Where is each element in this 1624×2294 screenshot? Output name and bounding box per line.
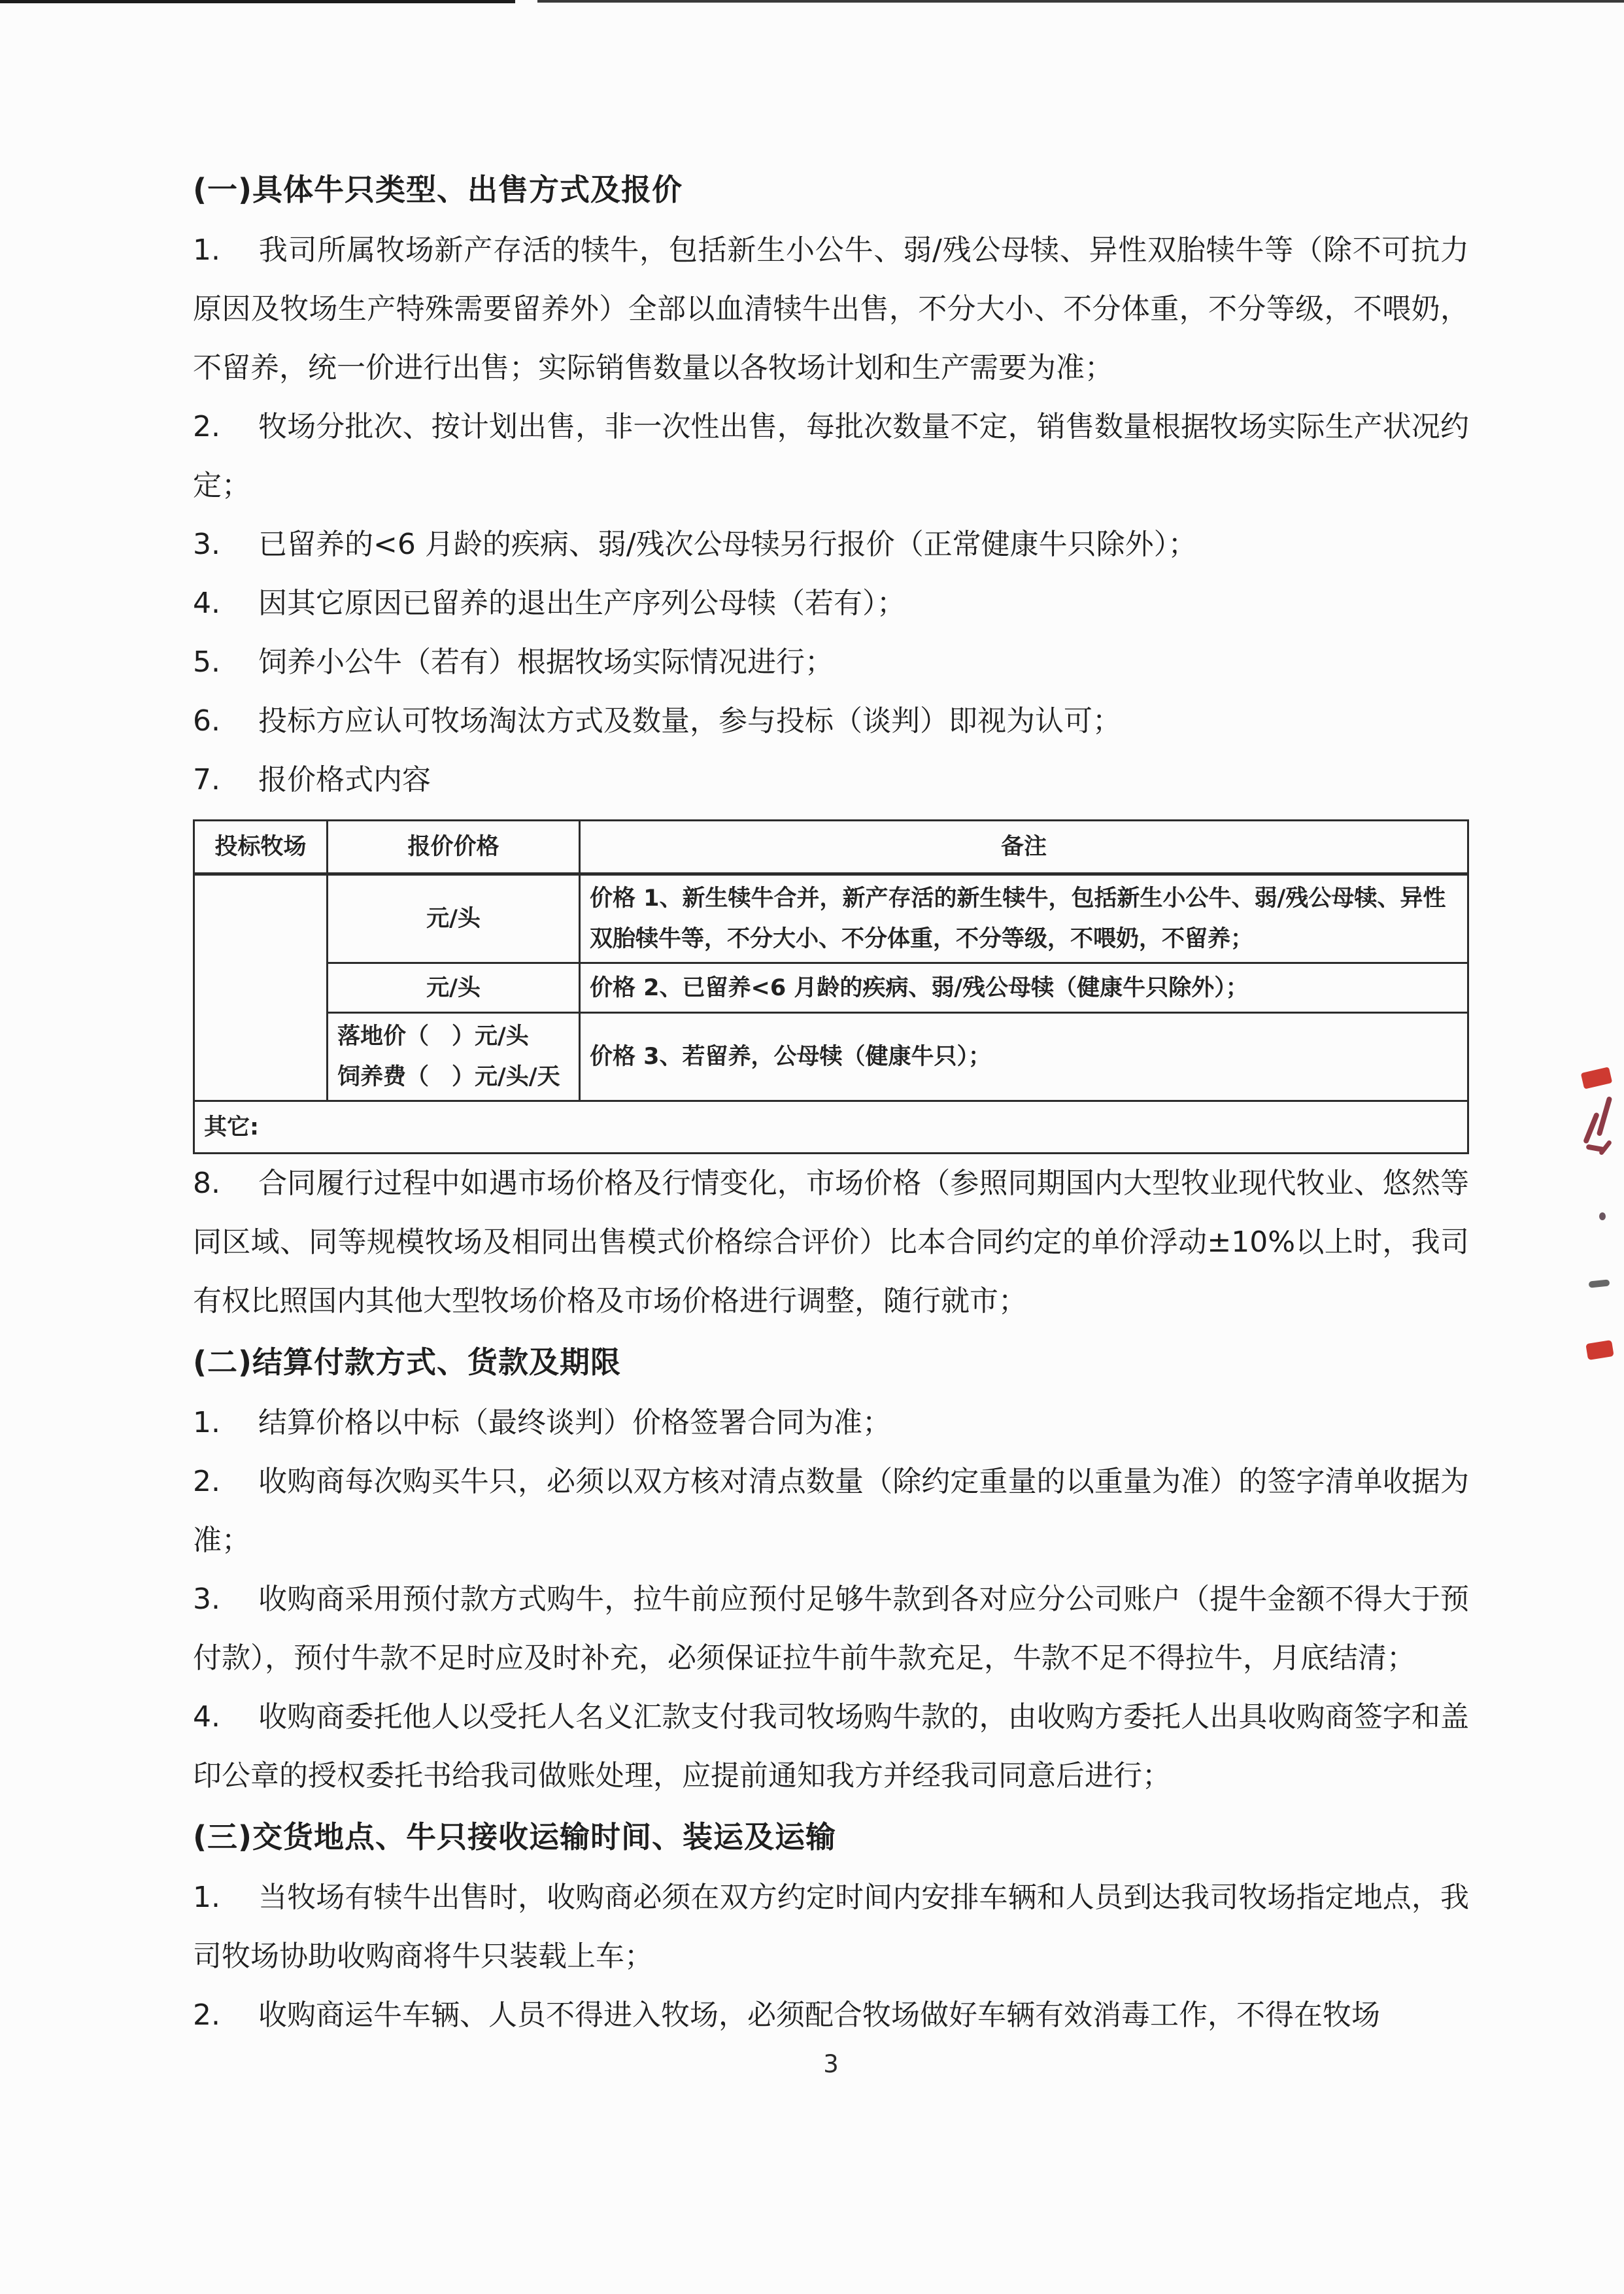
item-number: 2. [193, 1986, 258, 2045]
red-ink-mark-top [1581, 1067, 1612, 1089]
ink-stroke [1586, 1144, 1606, 1152]
table-cell-farm-blank [194, 874, 328, 1101]
ink-stroke [1583, 1112, 1600, 1144]
item-text: 当牧场有犊牛出售时，收购商必须在双方约定时间内安排车辆和人员到达我司牧场指定地点… [193, 1881, 1469, 1973]
item-number: 6. [193, 692, 258, 751]
list-item-1-3: 3.已留养的<6 月龄的疾病、弱/残次公母犊另行报价（正常健康牛只除外）； [193, 515, 1469, 574]
scan-edge-line-left [0, 0, 515, 3]
item-number: 2. [193, 1452, 258, 1511]
table-cell-price1-unit: 元/头 [328, 874, 580, 963]
red-ink-mark-bottom [1585, 1340, 1614, 1360]
table-header-price: 报价价格 [328, 821, 580, 874]
table-cell-price2-remark: 价格 2、已留养<6 月龄的疾病、弱/残公母犊（健康牛只除外）； [580, 963, 1468, 1013]
item-text: 牧场分批次、按计划出售，非一次性出售，每批次数量不定，销售数量根据牧场实际生产状… [193, 410, 1469, 502]
list-item-3-1: 1.当牧场有犊牛出售时，收购商必须在双方约定时间内安排车辆和人员到达我司牧场指定… [193, 1868, 1469, 1986]
table-header-row: 投标牧场 报价价格 备注 [194, 821, 1468, 874]
item-number: 3. [193, 1570, 258, 1629]
quote-format-table: 投标牧场 报价价格 备注 元/头 价格 1、新生犊牛合并，新产存活的新生犊牛，包… [193, 819, 1469, 1154]
table-cell-price2-unit: 元/头 [328, 963, 580, 1013]
table-row-other: 其它: [194, 1101, 1468, 1154]
item-text: 收购商每次购买牛只，必须以双方核对清点数量（除约定重量的以重量为准）的签字清单收… [193, 1465, 1469, 1557]
item-number: 4. [193, 1688, 258, 1747]
item-text: 饲养小公牛（若有）根据牧场实际情况进行； [258, 645, 834, 679]
item-text: 收购商运牛车辆、人员不得进入牧场，必须配合牧场做好车辆有效消毒工作，不得在牧场 [258, 1998, 1380, 2032]
list-item-1-6: 6.投标方应认可牧场淘汰方式及数量，参与投标（谈判）即视为认可； [193, 692, 1469, 751]
list-item-1-2: 2.牧场分批次、按计划出售，非一次性出售，每批次数量不定，销售数量根据牧场实际生… [193, 398, 1469, 515]
item-text: 报价格式内容 [258, 763, 431, 796]
list-item-1-7: 7.报价格式内容 [193, 751, 1469, 810]
list-item-1-8: 8.合同履行过程中如遇市场价格及行情变化，市场价格（参照同期国内大型牧业现代牧业… [193, 1154, 1469, 1331]
table-row-price3: 落地价（ ）元/头 饲养费（ ）元/头/天 价格 3、若留养，公母犊（健康牛只）… [194, 1013, 1468, 1101]
list-item-1-5: 5.饲养小公牛（若有）根据牧场实际情况进行； [193, 633, 1469, 692]
list-item-2-4: 4.收购商委托他人以受托人名义汇款支付我司牧场购牛款的，由收购方委托人出具收购商… [193, 1688, 1469, 1806]
item-text: 因其它原因已留养的退出生产序列公母犊（若有）； [258, 587, 905, 620]
item-number: 1. [193, 1394, 258, 1452]
list-item-2-3: 3.收购商采用预付款方式购牛，拉牛前应预付足够牛款到各对应分公司账户（提牛金额不… [193, 1570, 1469, 1688]
pencil-smudge [1589, 1279, 1610, 1288]
table-header-remark: 备注 [580, 821, 1468, 874]
item-number: 5. [193, 633, 258, 692]
page-number: 3 [193, 2045, 1469, 2084]
item-number: 4. [193, 574, 258, 633]
scanned-document-page: (一)具体牛只类型、出售方式及报价 1.我司所属牧场新产存活的犊牛，包括新生小公… [0, 0, 1624, 2294]
item-number: 2. [193, 398, 258, 456]
item-number: 8. [193, 1154, 258, 1213]
item-number: 1. [193, 221, 258, 280]
item-text: 收购商采用预付款方式购牛，拉牛前应预付足够牛款到各对应分公司账户（提牛金额不得大… [193, 1583, 1469, 1675]
table-header-farm: 投标牧场 [194, 821, 328, 874]
item-number: 3. [193, 515, 258, 574]
table-cell-price3-remark: 价格 3、若留养，公母犊（健康牛只）； [580, 1013, 1468, 1101]
feeding-fee-line: 饲养费（ ）元/头/天 [337, 1057, 569, 1097]
list-item-3-2: 2.收购商运牛车辆、人员不得进入牧场，必须配合牧场做好车辆有效消毒工作，不得在牧… [193, 1986, 1469, 2045]
list-item-1-1: 1.我司所属牧场新产存活的犊牛，包括新生小公牛、弱/残公母犊、异性双胎犊牛等（除… [193, 221, 1469, 398]
item-text: 我司所属牧场新产存活的犊牛，包括新生小公牛、弱/残公母犊、异性双胎犊牛等（除不可… [193, 233, 1469, 385]
list-item-1-4: 4.因其它原因已留养的退出生产序列公母犊（若有）； [193, 574, 1469, 633]
item-text: 已留养的<6 月龄的疾病、弱/残次公母犊另行报价（正常健康牛只除外）； [258, 528, 1197, 561]
table-cell-price3-unit: 落地价（ ）元/头 饲养费（ ）元/头/天 [328, 1013, 580, 1101]
section-heading-2: (二)结算付款方式、货款及期限 [193, 1331, 1469, 1394]
table-row-price2: 元/头 价格 2、已留养<6 月龄的疾病、弱/残公母犊（健康牛只除外）； [194, 963, 1468, 1013]
list-item-2-1: 1.结算价格以中标（最终谈判）价格签署合同为准； [193, 1394, 1469, 1452]
scan-edge-line-right [537, 0, 1624, 3]
item-text: 收购商委托他人以受托人名义汇款支付我司牧场购牛款的，由收购方委托人出具收购商签字… [193, 1700, 1469, 1792]
section-heading-3: (三)交货地点、牛只接收运输时间、装运及运输 [193, 1806, 1469, 1868]
item-text: 结算价格以中标（最终谈判）价格签署合同为准； [258, 1406, 891, 1439]
ink-dot [1599, 1212, 1606, 1220]
item-number: 1. [193, 1868, 258, 1927]
list-item-2-2: 2.收购商每次购买牛只，必须以双方核对清点数量（除约定重量的以重量为准）的签字清… [193, 1452, 1469, 1570]
document-content: (一)具体牛只类型、出售方式及报价 1.我司所属牧场新产存活的犊牛，包括新生小公… [193, 158, 1469, 2084]
item-text: 合同履行过程中如遇市场价格及行情变化，市场价格（参照同期国内大型牧业现代牧业、悠… [193, 1167, 1469, 1318]
section-heading-1: (一)具体牛只类型、出售方式及报价 [193, 158, 1469, 221]
item-number: 7. [193, 751, 258, 810]
table-cell-other: 其它: [194, 1101, 1468, 1154]
item-text: 投标方应认可牧场淘汰方式及数量，参与投标（谈判）即视为认可； [258, 704, 1121, 738]
table-cell-price1-remark: 价格 1、新生犊牛合并，新产存活的新生犊牛，包括新生小公牛、弱/残公母犊、异性双… [580, 874, 1468, 963]
landing-price-line: 落地价（ ）元/头 [337, 1016, 569, 1057]
table-row-price1: 元/头 价格 1、新生犊牛合并，新产存活的新生犊牛，包括新生小公牛、弱/残公母犊… [194, 874, 1468, 963]
